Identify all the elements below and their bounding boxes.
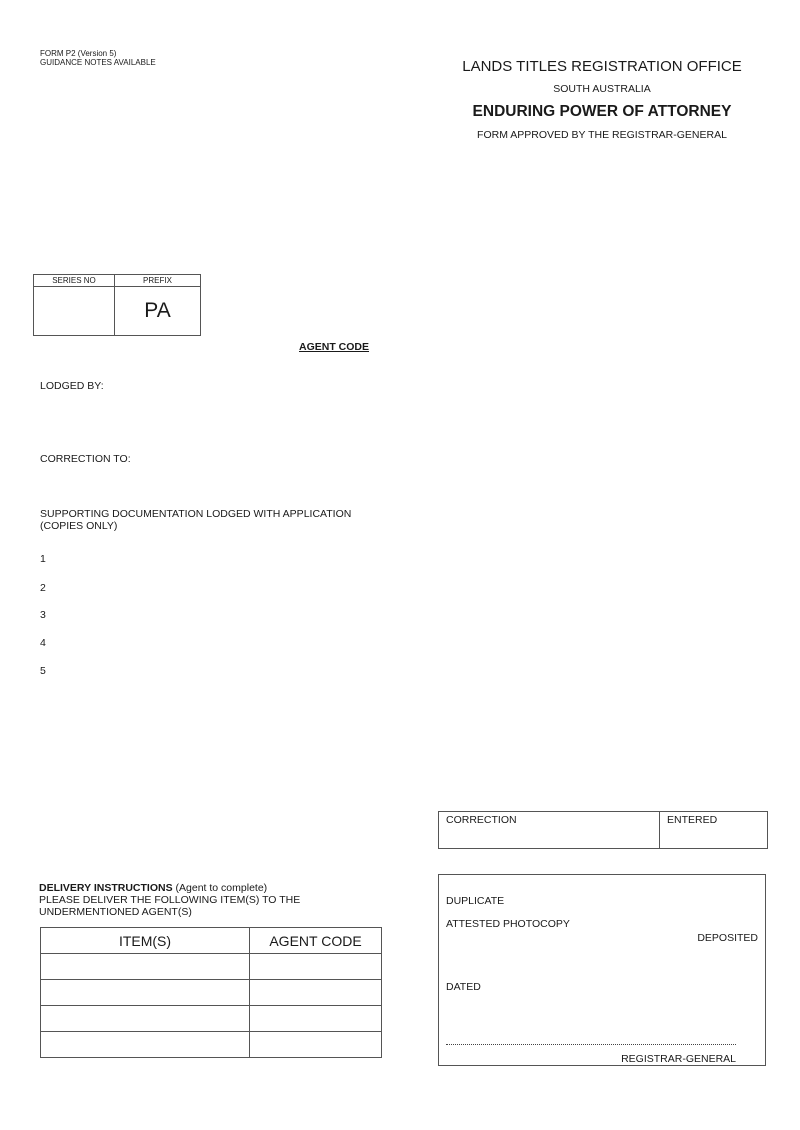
office-name: LANDS TITLES REGISTRATION OFFICE — [440, 58, 764, 76]
item-cell[interactable] — [41, 1032, 250, 1058]
attested-photocopy-label: ATTESTED PHOTOCOPY — [446, 918, 570, 930]
items-column-header: ITEM(S) — [41, 928, 250, 954]
delivery-instructions: DELIVERY INSTRUCTIONS (Agent to complete… — [39, 882, 389, 918]
supporting-item-number: 3 — [40, 609, 46, 621]
agent-code-column-header: AGENT CODE — [250, 928, 382, 954]
state-name: SOUTH AUSTRALIA — [440, 83, 764, 95]
correction-entered-box: CORRECTION ENTERED — [438, 811, 768, 849]
item-cell[interactable] — [41, 1006, 250, 1032]
agent-code-label: AGENT CODE — [299, 341, 369, 353]
form-id: FORM P2 (Version 5) — [40, 49, 156, 58]
form-meta: FORM P2 (Version 5) GUIDANCE NOTES AVAIL… — [40, 49, 156, 67]
registrar-general-label: REGISTRAR-GENERAL — [621, 1053, 736, 1065]
form-header: LANDS TITLES REGISTRATION OFFICE SOUTH A… — [440, 58, 764, 141]
agent-code-cell[interactable] — [250, 1006, 382, 1032]
series-prefix-box: SERIES NO PREFIX PA — [33, 274, 201, 336]
supporting-docs-label: SUPPORTING DOCUMENTATION LODGED WITH APP… — [40, 508, 351, 532]
supporting-item-number: 4 — [40, 637, 46, 649]
table-row — [41, 1032, 382, 1058]
correction-to-label: CORRECTION TO: — [40, 453, 131, 465]
delivery-heading: DELIVERY INSTRUCTIONS — [39, 882, 173, 894]
lodged-by-label: LODGED BY: — [40, 380, 104, 392]
agent-code-cell[interactable] — [250, 954, 382, 980]
signature-line — [446, 1038, 736, 1045]
item-cell[interactable] — [41, 980, 250, 1006]
delivery-heading-note: (Agent to complete) — [173, 882, 268, 894]
delivery-line1: PLEASE DELIVER THE FOLLOWING ITEM(S) TO … — [39, 894, 389, 906]
duplicate-label: DUPLICATE — [446, 895, 504, 907]
table-header-row: ITEM(S) AGENT CODE — [41, 928, 382, 954]
supporting-docs-line2: (COPIES ONLY) — [40, 520, 351, 532]
prefix-label: PREFIX — [115, 275, 200, 287]
supporting-item-number: 2 — [40, 582, 46, 594]
entered-cell: ENTERED — [660, 812, 767, 848]
table-row — [41, 954, 382, 980]
deposit-box: DUPLICATE ATTESTED PHOTOCOPY DEPOSITED D… — [438, 874, 766, 1066]
agent-code-cell[interactable] — [250, 980, 382, 1006]
deposited-label: DEPOSITED — [697, 932, 758, 944]
table-row — [41, 980, 382, 1006]
supporting-item-number: 5 — [40, 665, 46, 677]
series-no-field[interactable] — [34, 287, 115, 335]
supporting-docs-line1: SUPPORTING DOCUMENTATION LODGED WITH APP… — [40, 508, 351, 520]
guidance-notes: GUIDANCE NOTES AVAILABLE — [40, 58, 156, 67]
approval-note: FORM APPROVED BY THE REGISTRAR-GENERAL — [440, 129, 764, 141]
series-no-label: SERIES NO — [34, 275, 115, 287]
table-row — [41, 1006, 382, 1032]
delivery-line2: UNDERMENTIONED AGENT(S) — [39, 906, 389, 918]
supporting-item-number: 1 — [40, 553, 46, 565]
dated-label: DATED — [446, 981, 481, 993]
form-title: ENDURING POWER OF ATTORNEY — [440, 103, 764, 121]
item-cell[interactable] — [41, 954, 250, 980]
correction-cell: CORRECTION — [439, 812, 660, 848]
delivery-table: ITEM(S) AGENT CODE — [40, 927, 382, 1058]
prefix-value: PA — [115, 287, 200, 335]
agent-code-cell[interactable] — [250, 1032, 382, 1058]
